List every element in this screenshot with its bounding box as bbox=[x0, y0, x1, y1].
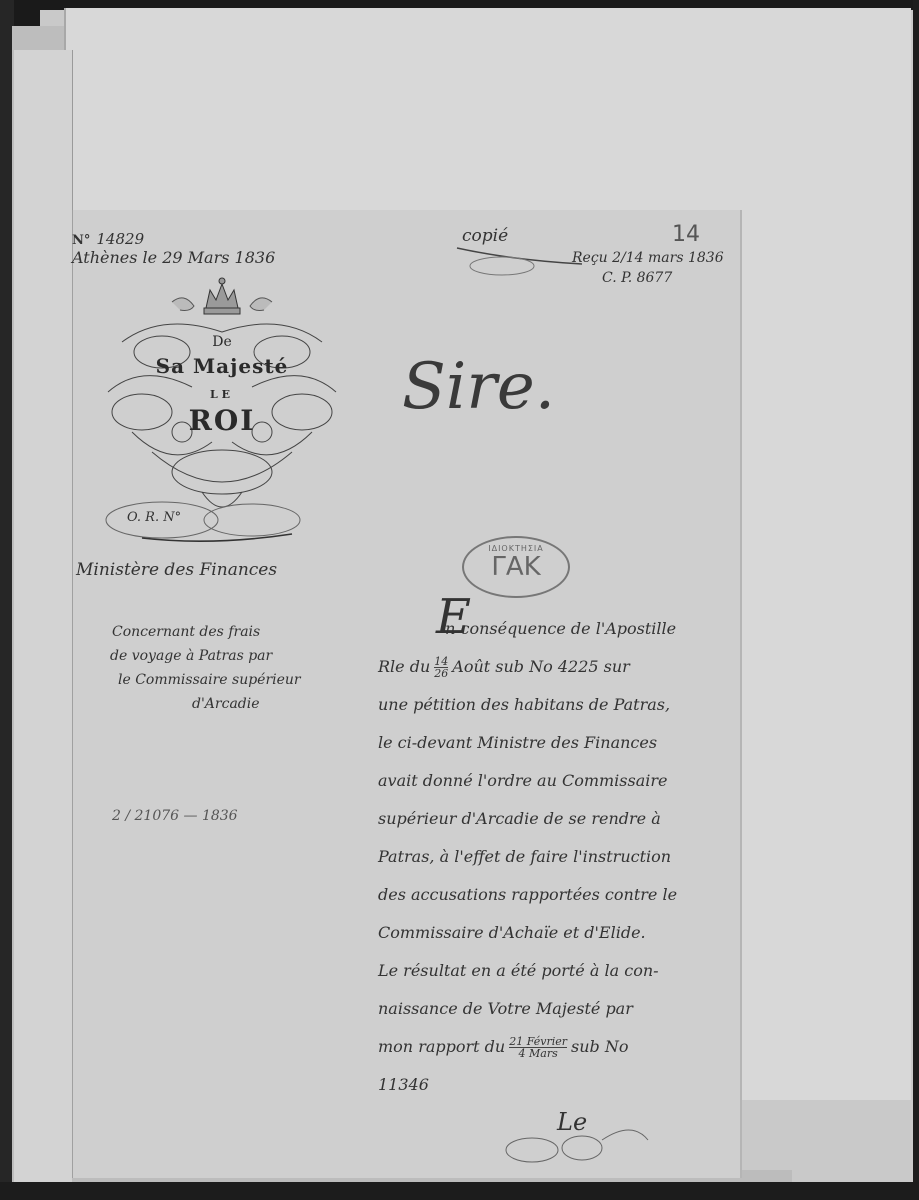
body-line: mon rapport du21 Février4 Marssub No bbox=[378, 1028, 738, 1066]
salutation: Sire. bbox=[402, 350, 555, 424]
order-number-label: O. R. N° bbox=[127, 510, 181, 525]
body-line: le ci-devant Ministre des Finances bbox=[378, 724, 738, 762]
body-line: Commissaire d'Achaïe et d'Elide. bbox=[378, 914, 738, 952]
letterhead-roi: ROI bbox=[102, 404, 342, 437]
document-number: N°14829 bbox=[72, 230, 144, 248]
copy-flourish bbox=[452, 240, 592, 280]
fraction-bottom: 26 bbox=[434, 668, 448, 679]
subject-line: Concernant des frais bbox=[112, 620, 392, 644]
body-line-text: mon rapport du bbox=[378, 1037, 505, 1056]
letterhead-de: De bbox=[102, 334, 342, 350]
scanner-border-bottom bbox=[0, 1182, 919, 1200]
number-value: 14829 bbox=[96, 230, 144, 248]
archive-stamp: ΙΔΙΟΚΤΗΣΙΑ ΓΑΚ bbox=[462, 536, 570, 598]
body-line: Le résultat en a été porté à la con- bbox=[378, 952, 738, 990]
body-line: des accusations rapportées contre le bbox=[378, 876, 738, 914]
date-fraction: 1426 bbox=[434, 656, 448, 679]
subject-line: d'Arcadie bbox=[192, 692, 392, 716]
registration-number: C. P. 8677 bbox=[602, 270, 672, 286]
royal-letterhead: De Sa Majesté LE ROI bbox=[102, 272, 342, 522]
place-date: Athènes le 29 Mars 1836 bbox=[72, 248, 275, 267]
letterhead-le: LE bbox=[102, 388, 342, 401]
initial-letter: E bbox=[436, 598, 471, 636]
body-line: supérieur d'Arcadie de se rendre à bbox=[378, 800, 738, 838]
body-line-text: n conséquence de l'Apostille bbox=[445, 619, 676, 638]
date-fraction: 21 Février4 Mars bbox=[509, 1036, 567, 1059]
crown-icon bbox=[204, 278, 240, 314]
body-line: naissance de Votre Majesté par bbox=[378, 990, 738, 1028]
letter-body: E n conséquence de l'Apostille Rle du142… bbox=[378, 610, 738, 1104]
body-line: n conséquence de l'Apostille bbox=[378, 610, 738, 648]
number-label: N° bbox=[72, 233, 90, 248]
body-line: Patras, à l'effet de faire l'instruction bbox=[378, 838, 738, 876]
stamp-main-text: ΓΑΚ bbox=[464, 553, 568, 581]
closing-flourish bbox=[492, 1120, 652, 1170]
fraction-bottom: 4 Mars bbox=[509, 1048, 567, 1059]
body-line: Rle du1426Août sub No 4225 sur bbox=[378, 648, 738, 686]
received-date: Reçu 2/14 mars 1836 bbox=[572, 250, 724, 266]
subject-line: le Commissaire supérieur bbox=[118, 668, 392, 692]
body-line-text: sub No bbox=[571, 1037, 628, 1056]
scanner-border-right bbox=[913, 0, 919, 1200]
fold-line bbox=[72, 210, 73, 1178]
body-line: avait donné l'ordre au Commissaire bbox=[378, 762, 738, 800]
letterhead-majeste: Sa Majesté bbox=[102, 354, 342, 378]
file-reference: 2 / 21076 — 1836 bbox=[112, 808, 238, 824]
ministry-name: Ministère des Finances bbox=[76, 560, 277, 580]
subject-summary: Concernant des frais de voyage à Patras … bbox=[112, 620, 392, 716]
body-line: une pétition des habitans de Patras, bbox=[378, 686, 738, 724]
letter-sheet: N°14829 Athènes le 29 Mars 1836 copié 14… bbox=[72, 210, 742, 1178]
subject-line: de voyage à Patras par bbox=[110, 644, 392, 668]
body-line-text: Août sub No 4225 sur bbox=[452, 657, 630, 676]
body-line: 11346 bbox=[378, 1066, 738, 1104]
body-line-text: Rle du bbox=[378, 657, 430, 676]
folio-number: 14 bbox=[672, 222, 700, 247]
folder-left-strip bbox=[14, 50, 73, 1190]
